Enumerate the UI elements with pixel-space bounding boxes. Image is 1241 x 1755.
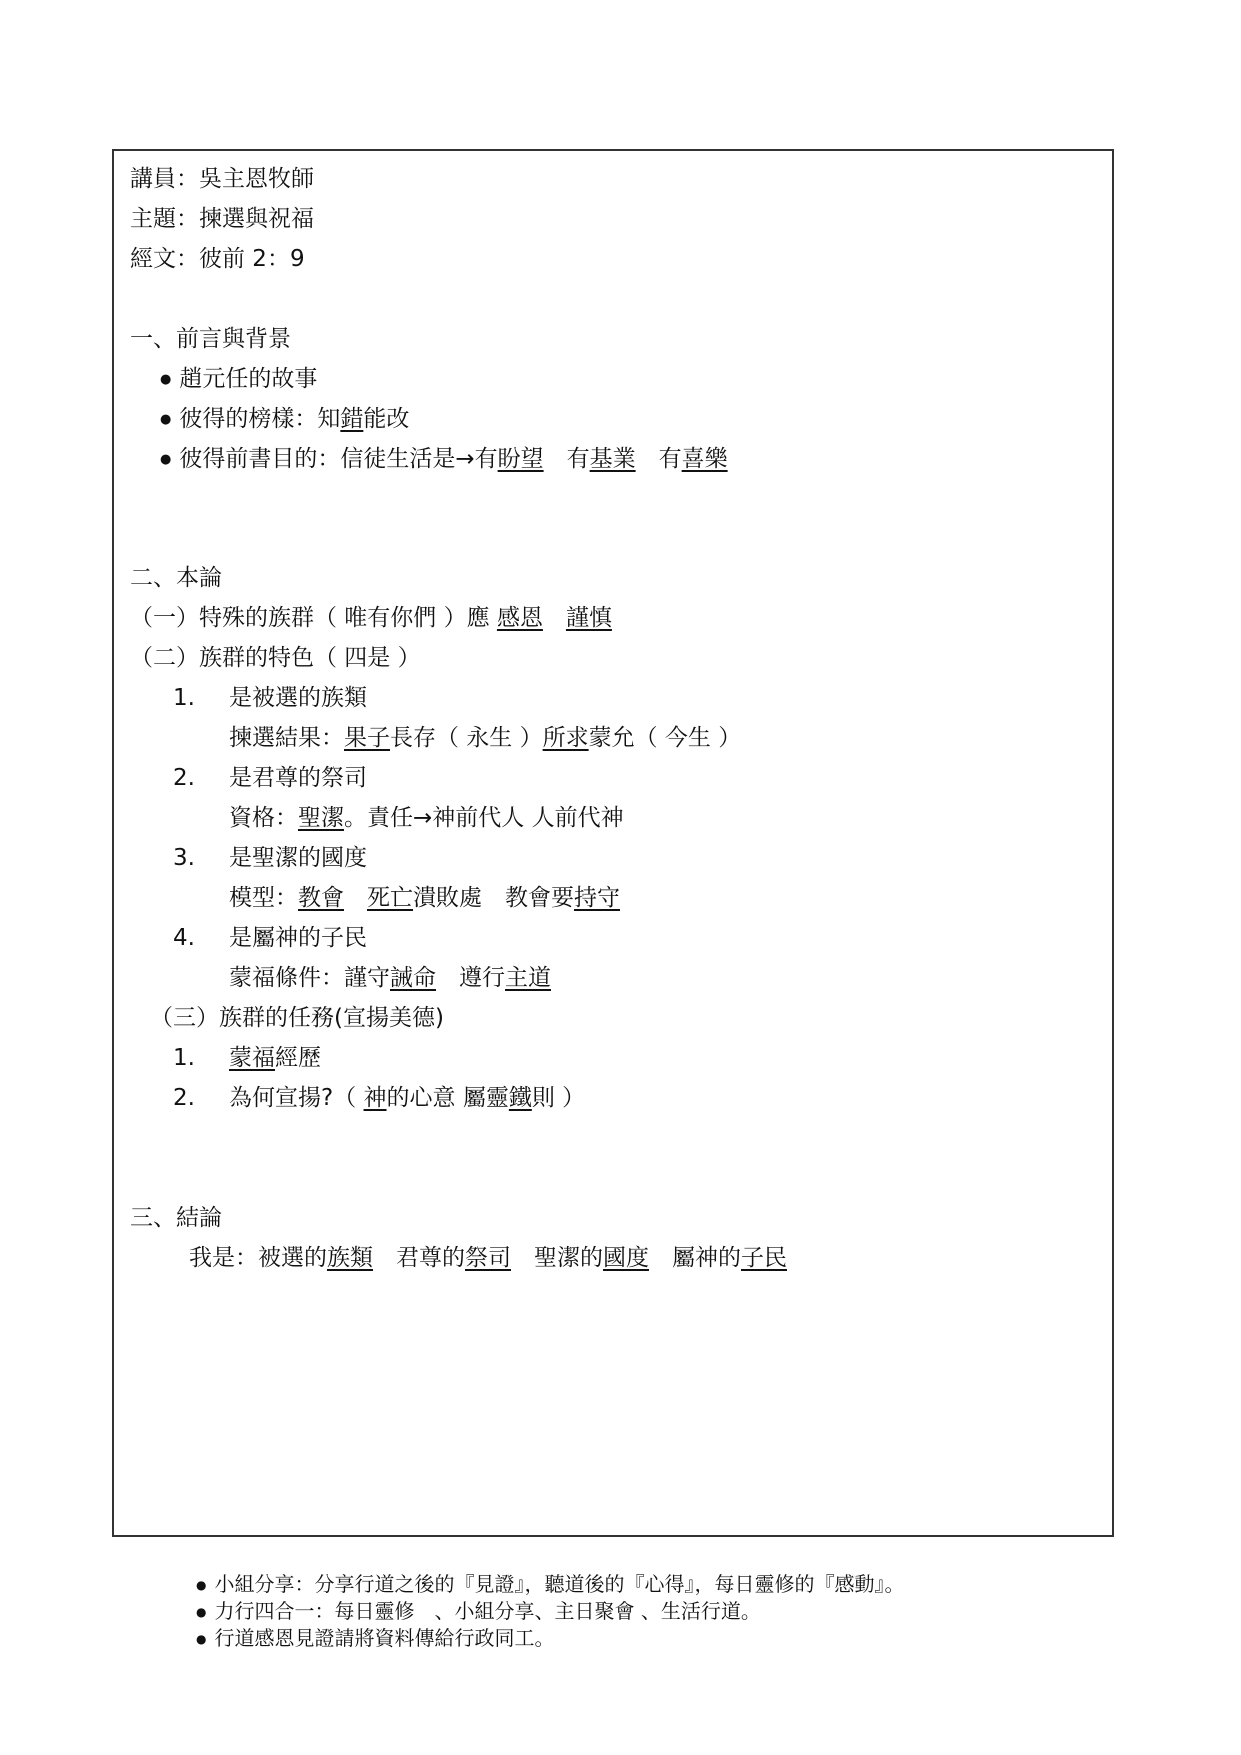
topic-line: 主題：揀選與祝福 [130,204,314,234]
underlined-word: 誡命 [390,965,436,991]
trait-4-detail: 蒙福條件：謹守誡命 遵行主道 [229,963,551,993]
trait-2-title: 2.是君尊的祭司 [173,763,367,793]
footer-note-3: ●行道感恩見證請將資料傳給行政同工。 [196,1625,554,1654]
underlined-word: 所求 [543,725,589,751]
scripture-line: 經文：彼前 2：9 [130,244,305,274]
detail-text: 潰敗處 教會要 [413,885,574,911]
footer-note-1: ●小組分享：分享行道之後的『見證』，聽道後的『心得』，每日靈修的『感動』。 [196,1571,904,1600]
list-number: 2. [173,763,229,793]
underlined-word: 鐵 [509,1085,532,1111]
bullet-text: 趙元任的故事 [179,366,317,392]
underlined-word: 謹慎 [566,605,612,631]
trait-4-title: 4.是屬神的子民 [173,923,367,953]
footer-note-2: ●力行四合一：每日靈修 、小組分享、主日聚會 、生活行道。 [196,1598,761,1627]
conclusion-line: 我是：被選的族類 君尊的祭司 聖潔的國度 屬神的子民 [189,1243,787,1273]
trait-3-detail: 模型：教會 死亡潰敗處 教會要持守 [229,883,620,913]
underlined-word: 聖潔 [298,805,344,831]
underlined-word: 族類 [327,1245,373,1271]
detail-text: 長存（ 永生 ） [390,725,543,751]
list-number: 1. [173,683,229,713]
conclusion-text: 君尊的 [373,1245,465,1271]
underlined-word: 感恩 [497,605,543,631]
list-number: 2. [173,1083,229,1113]
bullet-icon: ● [196,1632,206,1646]
underlined-word: 盼望 [498,446,544,472]
note-text: 小組分享：分享行道之後的『見證』，聽道後的『心得』，每日靈修的『感動』。 [214,1572,904,1596]
task-text: 則 ） [532,1085,585,1111]
speaker-name: 吳主恩牧師 [199,166,314,192]
underlined-word: 教會 [298,885,344,911]
underlined-word: 子民 [741,1245,787,1271]
list-number: 4. [173,923,229,953]
detail-text: 蒙允（ 今生 ） [589,725,742,751]
sub-text [543,605,566,631]
detail-text: 蒙福條件：謹守 [229,965,390,991]
bullet-text: 有 [636,446,682,472]
note-text: 行道感恩見證請將資料傳給行政同工。 [214,1626,554,1650]
task-text: 經歷 [275,1045,321,1071]
trait-text: 是屬神的子民 [229,925,367,951]
trait-3-title: 3.是聖潔的國度 [173,843,367,873]
underlined-word: 神 [364,1085,387,1111]
trait-text: 是被選的族類 [229,685,367,711]
underlined-word: 基業 [590,446,636,472]
task-1: 1.蒙福經歷 [173,1043,321,1073]
section1-bullet-1: 趙元任的故事 [160,364,317,398]
detail-text: 揀選結果： [229,725,344,751]
sub-text: （一）特殊的族群（ 唯有你們 ）應 [130,605,497,631]
underlined-word: 持守 [574,885,620,911]
list-number: 3. [173,843,229,873]
section1-bullet-2: 彼得的榜樣：知錯能改 [160,404,409,438]
detail-text [344,885,367,911]
bullet-text: 彼得前書目的：信徒生活是→有 [179,446,497,472]
scripture-value: 彼前 2：9 [199,246,305,272]
detail-text: 。責任→神前代人 人前代神 [344,805,624,831]
detail-text: 資格： [229,805,298,831]
trait-1-detail: 揀選結果：果子長存（ 永生 ）所求蒙允（ 今生 ） [229,723,741,753]
bullet-text: 有 [544,446,590,472]
section1-bullet-3: 彼得前書目的：信徒生活是→有盼望 有基業 有喜樂 [160,444,728,478]
underlined-word: 主道 [505,965,551,991]
conclusion-text: 屬神的 [649,1245,741,1271]
bullet-text: 彼得的榜樣：知 [179,406,340,432]
trait-2-detail: 資格：聖潔。責任→神前代人 人前代神 [229,803,624,833]
trait-1-title: 1.是被選的族類 [173,683,367,713]
underlined-word: 錯 [340,406,363,432]
section1-title: 一、前言與背景 [130,324,291,354]
bullet-text: 能改 [363,406,409,432]
task-text: 為何宣揚?（ [229,1085,364,1111]
underlined-word: 喜樂 [682,446,728,472]
underlined-word: 果子 [344,725,390,751]
scripture-label: 經文： [130,246,199,272]
topic-label: 主題： [130,206,199,232]
section2-sub2: （二）族群的特色（ 四是 ） [130,643,421,673]
detail-text: 模型： [229,885,298,911]
task-text: 的心意 屬靈 [387,1085,509,1111]
bullet-icon: ● [196,1578,206,1592]
underlined-word: 蒙福 [229,1045,275,1071]
task-2: 2.為何宣揚?（ 神的心意 屬靈鐵則 ） [173,1083,585,1113]
bullet-icon: ● [196,1605,206,1619]
topic-value: 揀選與祝福 [199,206,314,232]
underlined-word: 祭司 [465,1245,511,1271]
speaker-label: 講員： [130,166,199,192]
underlined-word: 國度 [603,1245,649,1271]
section2-title: 二、本論 [130,563,222,593]
note-text: 力行四合一：每日靈修 、小組分享、主日聚會 、生活行道。 [214,1599,760,1623]
underlined-word: 死亡 [367,885,413,911]
detail-text: 遵行 [436,965,505,991]
speaker-line: 講員：吳主恩牧師 [130,164,314,194]
section2-sub1: （一）特殊的族群（ 唯有你們 ）應 感恩 謹慎 [130,603,612,633]
section2-sub3: （三）族群的任務(宣揚美德) [150,1003,444,1033]
trait-text: 是君尊的祭司 [229,765,367,791]
conclusion-text: 聖潔的 [511,1245,603,1271]
section3-title: 三、結論 [130,1203,222,1233]
conclusion-text: 我是：被選的 [189,1245,327,1271]
trait-text: 是聖潔的國度 [229,845,367,871]
list-number: 1. [173,1043,229,1073]
